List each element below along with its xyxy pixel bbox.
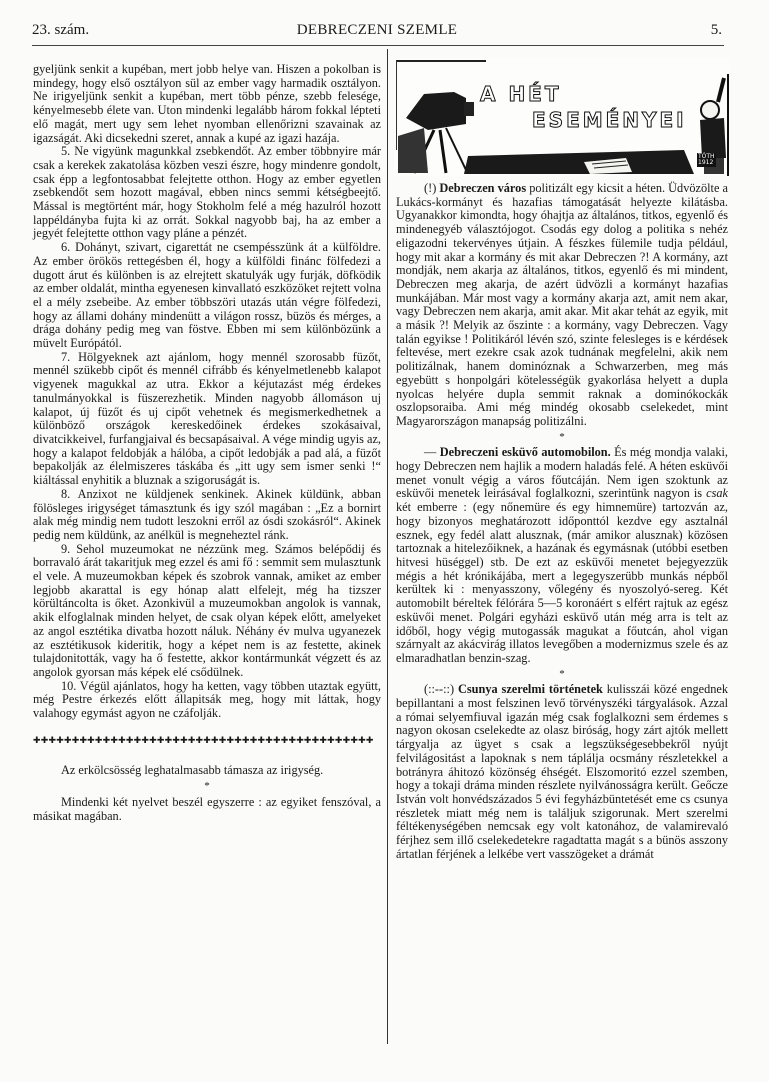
- asterisk-separator: *: [396, 668, 728, 682]
- item-body-italic: csak: [706, 486, 728, 500]
- item-body: két emberre : (egy nőnemüre és egy himne…: [396, 500, 728, 665]
- ornamental-divider: ✚✚✚✚✚✚✚✚✚✚✚✚✚✚✚✚✚✚✚✚✚✚✚✚✚✚✚✚✚✚✚✚✚✚✚✚✚✚✚✚…: [33, 735, 381, 749]
- news-item-love-stories: (::--::) Csunya szerelmi történetek kuli…: [396, 683, 728, 861]
- aphorism-1: Az erkölcsösség leghatalmasabb támasza a…: [33, 764, 381, 778]
- item-headline: Debreczeni esküvő automobilon.: [440, 445, 611, 459]
- asterisk-separator: *: [396, 431, 728, 445]
- asterisk-separator: *: [33, 780, 381, 794]
- paragraph-item-7: 7. Hölgyeknek azt ajánlom, hogy mennél s…: [33, 351, 381, 488]
- item-headline: Csunya szerelmi történetek: [458, 682, 603, 696]
- banner-title-line1: A HÉT: [480, 82, 561, 106]
- artist-signature: TÓTH 1912: [697, 153, 716, 167]
- paragraph-item-10: 10. Végül ajánlatos, hogy ha ketten, vag…: [33, 680, 381, 721]
- banner-title-line2: ESEMÉNYEI: [532, 108, 687, 132]
- item-body: politizált egy kicsit a héten. Üdvözölte…: [396, 181, 728, 428]
- item-prefix: (::--::): [424, 682, 458, 696]
- header-rule: [32, 45, 724, 46]
- weekly-events-banner: A HÉT ESEMÉNYEI TÓTH 1912: [394, 58, 730, 176]
- aphorism-2: Mindenki két nyelvet beszél egyszerre : …: [33, 796, 381, 823]
- page-header: 23. szám. DEBRECZENI SZEMLE 5.: [32, 18, 722, 44]
- item-prefix: (!): [424, 181, 439, 195]
- paragraph-item-6: 6. Dohányt, szivart, cigarettát ne csemp…: [33, 241, 381, 351]
- news-item-debreczen-politics: (!) Debreczen város politizált egy kicsi…: [396, 182, 728, 429]
- item-headline: Debreczen város: [439, 181, 526, 195]
- item-body: kulisszái közé engednek bepillantani a m…: [396, 682, 728, 860]
- item-prefix: —: [424, 445, 440, 459]
- news-item-wedding-automobile: — Debreczeni esküvő automobilon. És még …: [396, 446, 728, 665]
- paragraph-item-9: 9. Sehol muzeumokat ne nézzünk meg. Szám…: [33, 543, 381, 680]
- newspaper-title: DEBRECZENI SZEMLE: [32, 22, 722, 39]
- column-divider: [387, 49, 388, 1044]
- paragraph-item-5: 5. Ne vigyünk magunkkal zsebkendőt. Az e…: [33, 145, 381, 241]
- left-column: gyeljünk senkit a kupéban, mert jobb hel…: [33, 63, 381, 823]
- paragraph-continued: gyeljünk senkit a kupéban, mert jobb hel…: [33, 63, 381, 145]
- right-column: (!) Debreczen város politizált egy kicsi…: [396, 182, 728, 861]
- page-number: 5.: [711, 22, 722, 39]
- paragraph-item-8: 8. Anzixot ne küldjenek senkinek. Akinek…: [33, 488, 381, 543]
- signature-year: 1912: [698, 160, 715, 166]
